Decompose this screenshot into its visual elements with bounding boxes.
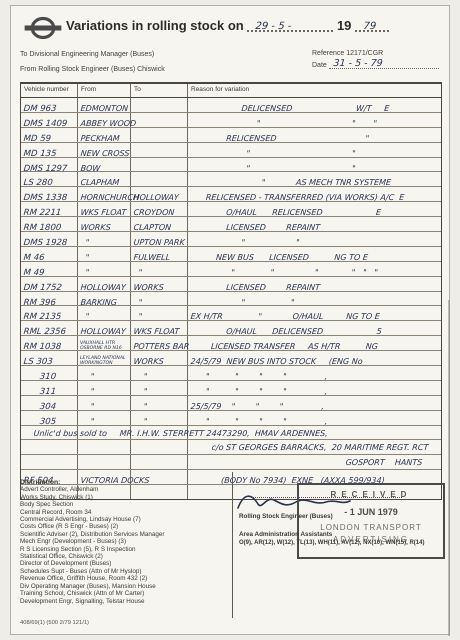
to-cell <box>131 440 188 454</box>
reason-cell: " " " " " " <box>188 262 441 276</box>
reason-cell: LICENSED REPAINT <box>188 277 441 291</box>
reason-cell: 24/5/79 NEW BUS INTO STOCK (ENG No <box>188 351 441 365</box>
page-title: Variations in rolling stock on 29 - 5 - … <box>66 18 389 33</box>
table-row: 311 " " " " " " , <box>21 381 441 396</box>
vehicle-cell: DM 963 <box>21 98 78 112</box>
distribution-item: R S Licensing Section (5), R S Inspectio… <box>20 546 232 553</box>
vehicle-cell: MD 59 <box>21 128 78 142</box>
distribution-item: Schedules Supt - Buses (Attn of Mr Hyslo… <box>20 568 232 575</box>
handwritten-entry: VAUXHALL HTR OSBORNE RD N16 <box>78 340 122 352</box>
distribution-item: Costs Office (R S Engr - Buses) (2) <box>20 523 232 530</box>
date-label: Date <box>312 62 327 69</box>
from-cell: BOW <box>78 158 131 172</box>
table-row: DMS 1297BOW " " <box>21 158 441 173</box>
to-cell: CLAPTON <box>131 217 188 231</box>
reason-cell: " " <box>188 292 441 306</box>
table-row: RM 1800WORKSCLAPTON LICENSED REPAINT <box>21 217 441 232</box>
to-cell <box>131 143 188 157</box>
from-cell: PECKHAM <box>78 128 131 142</box>
vehicle-cell: M 49 <box>21 262 78 276</box>
table-row: 305 " " " " " " , <box>21 411 441 426</box>
from-cell: " <box>78 306 131 320</box>
reason-cell: " " <box>188 232 441 246</box>
from-cell: HOLLOWAY <box>78 321 131 335</box>
vehicle-cell: 311 <box>21 381 78 395</box>
from-cell: LEYLAND NATIONAL WORKINGTON <box>78 351 131 365</box>
form-code: 408/69(1) (500 2/79 121/1) <box>20 620 89 626</box>
vehicle-cell: RM 1038 <box>21 336 78 350</box>
printed-year-prefix: 19 <box>337 18 351 33</box>
distribution-list: Distribution: Advert Controller, Aldenha… <box>20 479 232 605</box>
distribution-item: Mech Engr (Development - Buses) (3) <box>20 538 232 545</box>
table-row: 304 " "25/5/79 " " " , <box>21 396 441 411</box>
to-cell: FULWELL <box>131 247 188 261</box>
vehicle-cell: DMS 1338 <box>21 187 78 201</box>
reason-cell: DELICENSED W/T E <box>188 98 441 112</box>
distribution-item: Director of Development (Buses) <box>20 560 232 567</box>
table-row: RM 1038VAUXHALL HTR OSBORNE RD N16POTTER… <box>21 336 441 351</box>
reason-cell: " " " " , <box>188 381 441 395</box>
london-transport-roundel-icon <box>24 15 62 41</box>
table-row: RML 2356HOLLOWAYWKS FLOAT O/HAUL DELICEN… <box>21 321 441 336</box>
vehicle-cell: RM 2211 <box>21 202 78 216</box>
distribution-item: Development Engr, Signalling, Telstar Ho… <box>20 598 232 605</box>
footer-divider <box>232 472 233 618</box>
header-reason: Reason for variation <box>188 84 441 97</box>
handwritten-entry: LEYLAND NATIONAL WORKINGTON <box>78 355 126 367</box>
from-cell: ABBEY WOOD <box>78 113 131 127</box>
to-cell <box>131 172 188 186</box>
table-note-row: GOSPORT HANTS <box>21 455 441 470</box>
distribution-item: Body Spec Section <box>20 501 232 508</box>
reason-cell: O/HAUL RELICENSED E <box>188 202 441 216</box>
table-row: MD 135NEW CROSS " " <box>21 143 441 158</box>
to-cell: " <box>131 262 188 276</box>
from-cell: BARKING <box>78 292 131 306</box>
table-row: LS 303LEYLAND NATIONAL WORKINGTONWORKS24… <box>21 351 441 366</box>
vehicle-cell: RM 2135 <box>21 306 78 320</box>
reason-cell: LICENSED REPAINT <box>188 217 441 231</box>
to-cell: HOLLOWAY <box>131 187 188 201</box>
sold-note-line: Unlic'd bus sold to MR. I.H.W. STERRETT … <box>31 427 328 440</box>
title-year-dots: 79 <box>355 30 389 32</box>
reason-cell: NEW BUS LICENSED NG TO E <box>188 247 441 261</box>
distribution-item: Central Record, Room 34 <box>20 509 232 516</box>
table-row: DMS 1928 "UPTON PARK " " <box>21 232 441 247</box>
table-note-row: Unlic'd bus sold to MR. I.H.W. STERRETT … <box>21 426 441 441</box>
reference-line: Reference 12171/CGR <box>312 50 383 57</box>
reason-cell: RELICENSED - TRANSFERRED (VIA WORKS) A/C… <box>188 187 441 201</box>
table-row: DM 1752HOLLOWAYWORKS LICENSED REPAINT <box>21 277 441 292</box>
to-cell: " <box>131 292 188 306</box>
distribution-items: Advert Controller, AldenhamWorks Study, … <box>20 486 232 605</box>
to-cell: " <box>131 396 188 410</box>
sold-note-line: c/o ST GEORGES BARRACKS, 20 MARITIME REG… <box>209 441 429 454</box>
reason-cell: " AS MECH TNR SYSTEME <box>188 172 441 186</box>
sold-note-line: GOSPORT HANTS <box>343 456 423 469</box>
header-vehicle-number: Vehicle number <box>21 84 78 97</box>
to-cell <box>131 128 188 142</box>
reason-cell: EX H/TR " O/HAUL NG TO E <box>188 306 441 320</box>
area-admin-codes: O(9), AR(12), W(12), TL(13), WH(11), AV(… <box>239 540 424 546</box>
from-cell: " <box>78 366 131 380</box>
distribution-title: Distribution: <box>20 479 232 486</box>
from-cell: VAUXHALL HTR OSBORNE RD N16 <box>78 336 131 350</box>
table-row: DMS 1409ABBEY WOOD " " " <box>21 113 441 128</box>
rolling-stock-table: Vehicle number From To Reason for variat… <box>20 82 442 500</box>
to-cell: WORKS <box>131 277 188 291</box>
distribution-item: Works Study, Chiswick (1) <box>20 494 232 501</box>
from-cell: HORNCHURCH <box>78 187 131 201</box>
vehicle-cell <box>21 455 78 469</box>
vehicle-cell: DMS 1409 <box>21 113 78 127</box>
date-dots: 31 - 5 - 79 <box>329 68 439 69</box>
from-cell <box>78 455 131 469</box>
vehicle-cell: DMS 1297 <box>21 158 78 172</box>
header-to: To <box>131 84 188 97</box>
reason-cell: " " " " , <box>188 366 441 380</box>
table-header-row: Vehicle number From To Reason for variat… <box>21 84 441 98</box>
distribution-item: Advert Controller, Aldenham <box>20 486 232 493</box>
from-cell: WKS FLOAT <box>78 202 131 216</box>
table-row: RM 2211WKS FLOATCROYDON O/HAUL RELICENSE… <box>21 202 441 217</box>
from-cell: HOLLOWAY <box>78 277 131 291</box>
to-cell <box>131 455 188 469</box>
reason-cell: O/HAUL DELICENSED 5 <box>188 321 441 335</box>
table-row: DMS 1338HORNCHURCHHOLLOWAY RELICENSED - … <box>21 187 441 202</box>
distribution-item: Revenue Office, Griffith House, Room 432… <box>20 575 232 582</box>
vehicle-cell: RM 396 <box>21 292 78 306</box>
from-cell: " <box>78 411 131 425</box>
stock-table-rows: DM 963EDMONTON DELICENSED W/T EDMS 1409A… <box>21 98 441 499</box>
title-text: Variations in rolling stock on <box>66 18 244 33</box>
to-line: To Divisional Engineering Manager (Buses… <box>20 51 154 58</box>
scan-edge-artifact <box>448 300 450 636</box>
vehicle-cell <box>21 440 78 454</box>
reason-cell: 25/5/79 " " " , <box>188 396 441 410</box>
vehicle-cell: 304 <box>21 396 78 410</box>
stamp-date: - 1 JUN 1979 <box>299 507 443 517</box>
to-cell: UPTON PARK <box>131 232 188 246</box>
to-cell: " <box>131 366 188 380</box>
vehicle-cell: DM 1752 <box>21 277 78 291</box>
handwritten-day-month: 29 - 5 - <box>255 21 292 32</box>
table-row: 310 " " " " " " , <box>21 366 441 381</box>
table-note-row: c/o ST GEORGES BARRACKS, 20 MARITIME REG… <box>21 440 441 455</box>
from-cell: " <box>78 247 131 261</box>
to-cell: CROYDON <box>131 202 188 216</box>
vehicle-cell: MD 135 <box>21 143 78 157</box>
from-cell: " <box>78 232 131 246</box>
from-cell: " <box>78 381 131 395</box>
reason-cell: " " <box>188 158 441 172</box>
stamp-received-text: RECEIVED <box>299 490 443 499</box>
table-row: LS 280CLAPHAM " AS MECH TNR SYSTEME <box>21 172 441 187</box>
to-cell <box>131 113 188 127</box>
table-row: MD 59PECKHAM RELICENSED " <box>21 128 441 143</box>
vehicle-cell: RML 2356 <box>21 321 78 335</box>
vehicle-cell: RM 1800 <box>21 217 78 231</box>
to-cell: POTTERS BAR <box>131 336 188 350</box>
vehicle-cell: LS 303 <box>21 351 78 365</box>
reason-cell: " " <box>188 143 441 157</box>
vehicle-cell: DMS 1928 <box>21 232 78 246</box>
from-cell: NEW CROSS <box>78 143 131 157</box>
distribution-item: Div Operating Manager (Buses), Mansion H… <box>20 583 232 590</box>
reason-cell: " " " " , <box>188 411 441 425</box>
from-cell: " <box>78 396 131 410</box>
from-cell: EDMONTON <box>78 98 131 112</box>
from-cell: " <box>78 262 131 276</box>
table-row: DM 963EDMONTON DELICENSED W/T E <box>21 98 441 113</box>
from-cell: WORKS <box>78 217 131 231</box>
reason-cell: LICENSED TRANSFER AS H/TR NG <box>188 336 441 350</box>
distribution-item: Training School, Chiswick (Attn of Mr Ca… <box>20 590 232 597</box>
distribution-item: Commercial Advertising, Lindsay House (7… <box>20 516 232 523</box>
reason-cell: RELICENSED " <box>188 128 441 142</box>
handwritten-year: 79 <box>363 21 377 32</box>
table-row: M 49 " " " " " " " " <box>21 262 441 277</box>
header-from: From <box>78 84 131 97</box>
vehicle-cell: M 46 <box>21 247 78 261</box>
title-date-dots: 29 - 5 - <box>247 30 333 32</box>
table-row: RM 2135 " "EX H/TR " O/HAUL NG TO E <box>21 306 441 321</box>
to-cell <box>131 98 188 112</box>
to-cell: " <box>131 306 188 320</box>
from-cell: CLAPHAM <box>78 172 131 186</box>
vehicle-cell: 305 <box>21 411 78 425</box>
from-line: From Rolling Stock Engineer (Buses) Chis… <box>20 66 165 73</box>
area-admin-label: Area Administration Assistants <box>239 531 332 538</box>
to-cell: " <box>131 381 188 395</box>
vehicle-cell: 310 <box>21 366 78 380</box>
handwritten-date: 31 - 5 - 79 <box>333 58 383 69</box>
table-row: RM 396BARKING " " " <box>21 292 441 307</box>
to-cell <box>131 158 188 172</box>
received-stamp: RECEIVED - 1 JUN 1979 LONDON TRANSPORT A… <box>297 483 445 559</box>
to-cell: " <box>131 411 188 425</box>
distribution-item: Statistical Office, Chiswick (2) <box>20 553 232 560</box>
reason-cell: " " " <box>188 113 441 127</box>
date-line: Date 31 - 5 - 79 <box>312 62 439 69</box>
to-cell: WKS FLOAT <box>131 321 188 335</box>
table-row: M 46 "FULWELL NEW BUS LICENSED NG TO E <box>21 247 441 262</box>
from-cell <box>78 440 131 454</box>
vehicle-cell: LS 280 <box>21 172 78 186</box>
to-cell: WORKS <box>131 351 188 365</box>
distribution-item: Scientific Adviser (2), Distribution Ser… <box>20 531 232 538</box>
